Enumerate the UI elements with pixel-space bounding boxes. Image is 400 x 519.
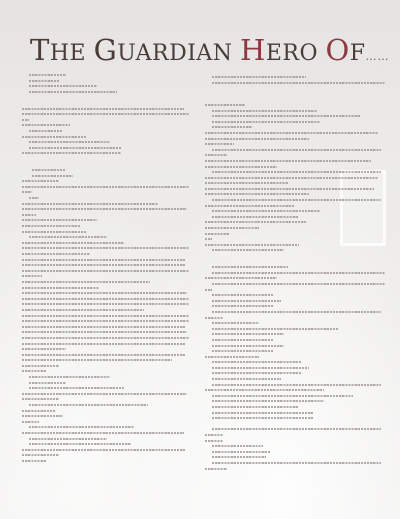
text-line (212, 82, 385, 84)
text-line (29, 426, 134, 428)
text-line (205, 227, 259, 229)
title-glyph-group: ERO (266, 41, 326, 66)
text-line (29, 443, 131, 445)
text-line (212, 339, 273, 341)
title-glyph-group: O (326, 33, 350, 67)
text-line (212, 121, 320, 123)
text-line (212, 294, 273, 296)
text-line (212, 328, 338, 330)
text-line (22, 259, 185, 261)
text-line (212, 322, 259, 324)
text-line (212, 400, 324, 402)
text-line (22, 320, 189, 322)
text-line (205, 277, 277, 279)
text-line (205, 143, 234, 145)
text-line (212, 395, 352, 397)
text-line (22, 186, 189, 188)
left-text-column (22, 74, 192, 466)
text-line (212, 110, 316, 112)
text-line (22, 303, 189, 305)
text-line (22, 219, 97, 221)
text-line (212, 305, 273, 307)
text-line (205, 434, 223, 436)
text-line (22, 281, 150, 283)
text-line (32, 169, 66, 171)
text-line (205, 221, 306, 223)
title-glyph-group: G (94, 33, 118, 67)
text-line (212, 372, 302, 374)
text-line (212, 210, 320, 212)
title-glyph-group: F (350, 41, 366, 66)
text-line (29, 85, 97, 87)
text-line (29, 236, 107, 238)
text-line (212, 462, 381, 464)
text-line (212, 417, 313, 419)
text-line (212, 115, 360, 117)
text-line (212, 266, 288, 268)
text-line (205, 166, 277, 168)
text-line (22, 348, 66, 350)
text-line (212, 216, 298, 218)
text-line (212, 456, 266, 458)
text-line (205, 244, 299, 246)
title-glyph-group: H (240, 33, 266, 67)
text-line (29, 376, 111, 378)
text-line (212, 283, 385, 285)
text-line (22, 454, 59, 456)
text-line (22, 449, 185, 451)
text-line (205, 132, 378, 134)
text-line (212, 384, 381, 386)
text-line (22, 370, 46, 372)
text-line (205, 160, 371, 162)
text-line (212, 311, 381, 313)
text-line (22, 393, 187, 395)
text-line (212, 333, 284, 335)
text-line (212, 378, 280, 380)
text-line (22, 415, 63, 417)
text-line (205, 233, 230, 235)
text-line (212, 199, 381, 201)
text-line (212, 149, 381, 151)
text-line (205, 389, 324, 391)
text-line (212, 345, 284, 347)
text-line (212, 451, 270, 453)
text-line (205, 154, 227, 156)
text-line (22, 298, 189, 300)
title-glyph-group: UARDIAN (117, 41, 240, 66)
text-line (205, 317, 223, 319)
text-line (32, 175, 73, 177)
text-line (22, 343, 185, 345)
text-line (29, 438, 107, 440)
text-line (205, 238, 212, 240)
text-line (22, 287, 99, 289)
text-line (22, 275, 42, 277)
text-line (212, 171, 381, 173)
text-line (29, 80, 60, 82)
text-line (205, 177, 378, 179)
text-line (29, 141, 111, 143)
text-line (205, 104, 245, 106)
text-line (29, 387, 124, 389)
text-line (205, 440, 223, 442)
text-line (22, 326, 185, 328)
text-line (22, 108, 184, 110)
text-line (212, 445, 262, 447)
page-title: THE GUARDIAN HERO OF…… (30, 33, 390, 67)
text-line (212, 428, 381, 430)
text-line (29, 74, 66, 76)
text-line (29, 404, 148, 406)
text-line (212, 300, 280, 302)
text-line (29, 130, 63, 132)
text-line (205, 193, 309, 195)
text-line (22, 398, 59, 400)
text-line (22, 315, 189, 317)
text-line (212, 406, 298, 408)
title-glyph-group: …… (366, 50, 390, 63)
text-line (22, 410, 56, 412)
text-line (22, 253, 90, 255)
text-line (212, 412, 313, 414)
text-line (22, 124, 70, 126)
text-line (212, 249, 284, 251)
text-line (212, 126, 252, 128)
text-line (22, 432, 184, 434)
text-line (22, 136, 87, 138)
text-line (22, 203, 158, 205)
title-glyph-group: HE (50, 41, 94, 66)
text-line (29, 91, 117, 93)
text-line (22, 359, 172, 361)
text-line (205, 188, 374, 190)
text-line (212, 76, 306, 78)
text-line (22, 225, 80, 227)
right-text-column (205, 76, 385, 473)
text-line (22, 264, 185, 266)
text-line (212, 361, 302, 363)
text-line (205, 182, 288, 184)
text-line (22, 214, 36, 216)
text-line (22, 247, 189, 249)
text-line (22, 231, 87, 233)
text-line (22, 242, 124, 244)
text-line (22, 270, 189, 272)
text-line (212, 350, 273, 352)
text-line (22, 152, 121, 154)
text-line (22, 208, 187, 210)
text-line (22, 354, 185, 356)
text-line (205, 356, 259, 358)
text-line (205, 468, 227, 470)
text-line (22, 113, 189, 115)
text-line (205, 205, 295, 207)
text-line (22, 331, 187, 333)
title-glyph-group: T (30, 33, 50, 67)
text-line (22, 292, 187, 294)
text-line (212, 367, 309, 369)
text-line (212, 272, 385, 274)
text-line (29, 147, 123, 149)
text-line (22, 180, 59, 182)
text-line (29, 197, 39, 199)
text-line (205, 138, 309, 140)
text-line (29, 382, 66, 384)
text-line (22, 460, 46, 462)
text-line (22, 421, 39, 423)
text-line (22, 309, 144, 311)
text-line (22, 191, 32, 193)
text-line (205, 289, 212, 291)
text-line (22, 337, 189, 339)
text-line (22, 119, 29, 121)
text-line (22, 365, 59, 367)
